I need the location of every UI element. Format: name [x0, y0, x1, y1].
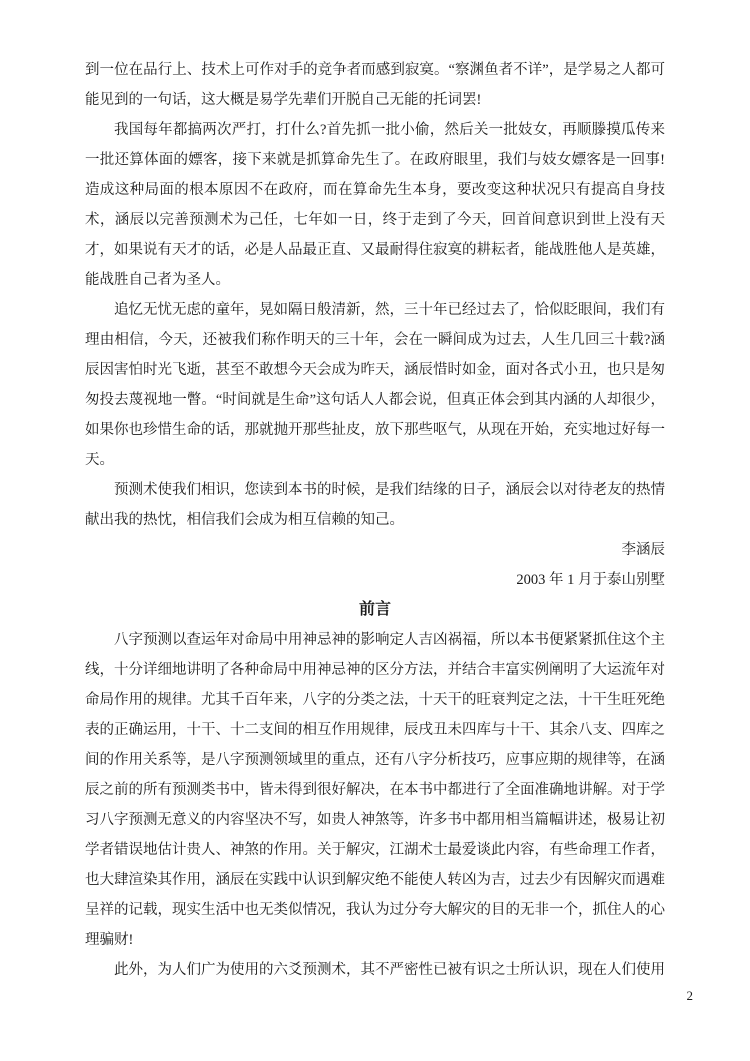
paragraph: 我国每年都搞两次严打，打什么?首先抓一批小偷，然后关一批妓女，再顺滕摸瓜传来一批… [85, 115, 665, 295]
section-title-preface: 前言 [85, 595, 665, 625]
page-number: 2 [687, 988, 694, 1004]
paragraph-continuation: 到一位在品行上、技术上可作对手的竞争者而感到寂寞。“察渊鱼者不详”，是学易之人都… [85, 55, 665, 115]
paragraph: 八字预测以查运年对命局中用神忌神的影响定人吉凶祸福，所以本书便紧紧抓住这个主线，… [85, 625, 665, 955]
document-page: 到一位在品行上、技术上可作对手的竞争者而感到寂寞。“察渊鱼者不详”，是学易之人都… [0, 0, 750, 1061]
dateline: 2003 年 1 月于泰山别墅 [85, 565, 665, 595]
paragraph: 预测术使我们相识，您读到本书的时候，是我们结缘的日子，涵辰会以对待老友的热情献出… [85, 475, 665, 535]
page-text-body: 到一位在品行上、技术上可作对手的竞争者而感到寂寞。“察渊鱼者不详”，是学易之人都… [85, 55, 665, 985]
author-signature: 李涵辰 [85, 535, 665, 565]
paragraph: 追忆无忧无虑的童年，晃如隔日般清新，然，三十年已经过去了，恰似眨眼间，我们有理由… [85, 295, 665, 475]
paragraph: 此外，为人们广为使用的六爻预测术，其不严密性已被有识之士所认识，现在人们使用 [85, 955, 665, 985]
